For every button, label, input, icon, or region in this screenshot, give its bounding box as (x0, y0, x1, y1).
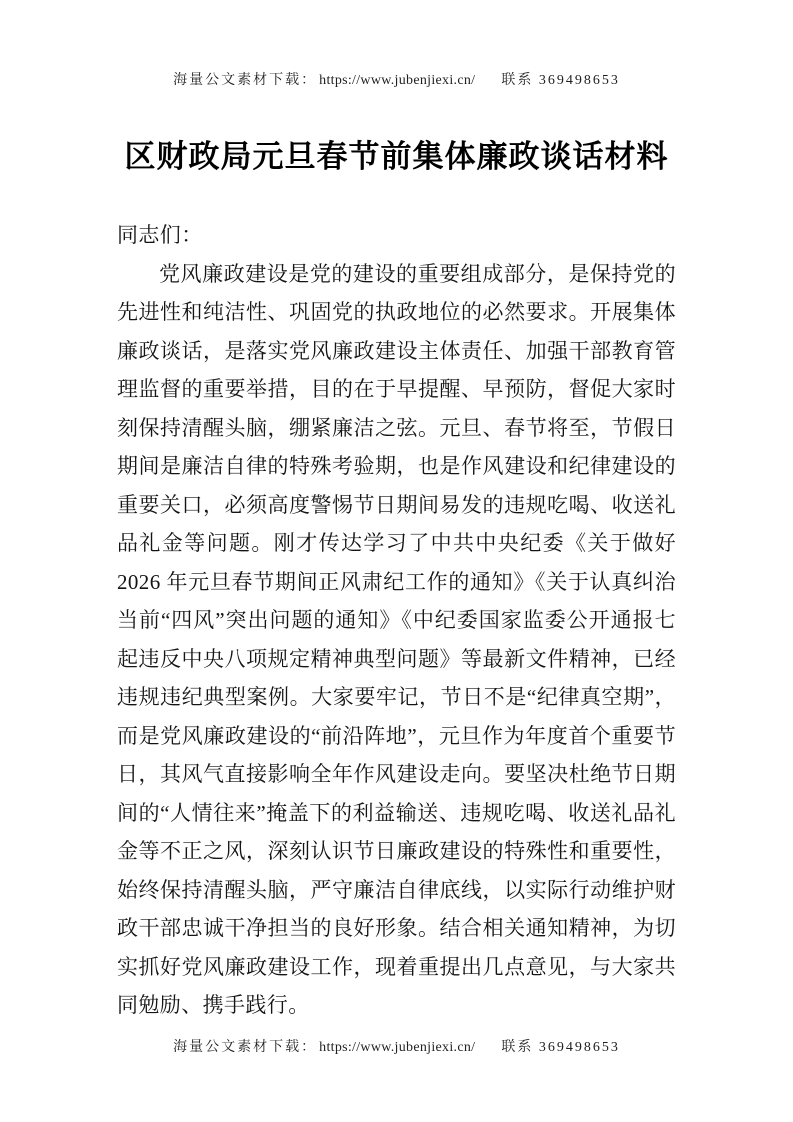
document-footer: 海量公文素材下载：https://www.jubenjiexi.cn/联系 36… (0, 1036, 793, 1056)
document-page: 海量公文素材下载：https://www.jubenjiexi.cn/联系 36… (0, 0, 793, 1122)
footer-label: 海量公文素材下载： (173, 1040, 317, 1055)
salutation: 同志们： (117, 216, 676, 255)
header-contact: 联系 369498653 (501, 73, 620, 88)
document-header: 海量公文素材下载：https://www.jubenjiexi.cn/联系 36… (0, 69, 793, 89)
footer-url: https://www.jubenjiexi.cn/ (319, 1040, 475, 1055)
document-body: 同志们： 党风廉政建设是党的建设的重要组成部分，是保持党的先进性和纯洁性、巩固党… (117, 216, 676, 1025)
paragraph: 党风廉政建设是党的建设的重要组成部分，是保持党的先进性和纯洁性、巩固党的执政地位… (117, 255, 676, 1025)
footer-contact: 联系 369498653 (501, 1040, 620, 1055)
document-title: 区财政局元旦春节前集体廉政谈话材料 (0, 131, 793, 176)
header-label: 海量公文素材下载： (173, 73, 317, 88)
header-url: https://www.jubenjiexi.cn/ (319, 73, 475, 88)
